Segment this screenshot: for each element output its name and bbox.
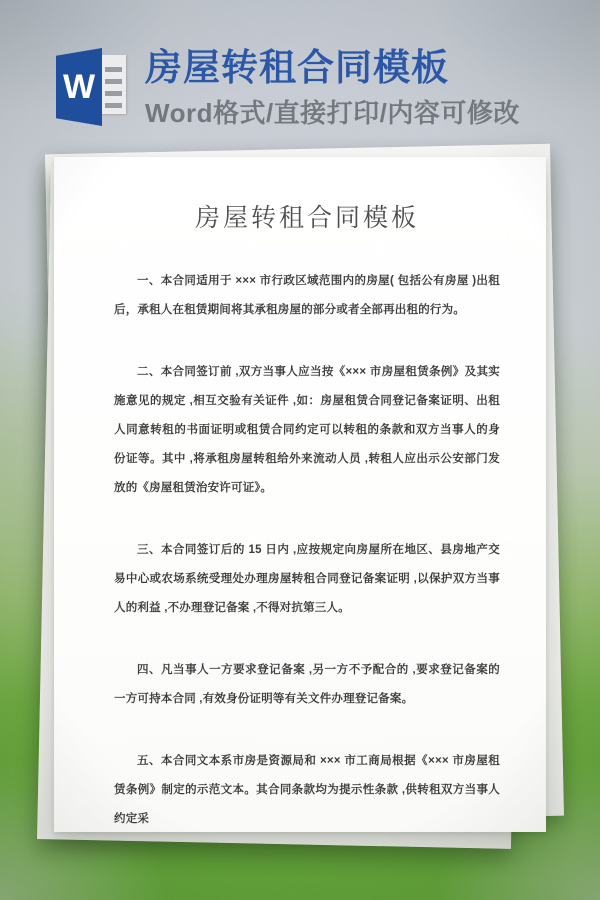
contract-document-page: 房屋转租合同模板 一、本合同适用于 ××× 市行政区域范围内的房屋( 包括公有房… [54,157,546,832]
contract-clause-3: 三、本合同签订后的 15 日内 ,应按规定向房屋所在地区、县房地产交易中心或农场… [114,536,500,623]
contract-clause-2: 二、本合同签订前 ,双方当事人应当按《××× 市房屋租赁条例》及其实施意见的规定… [114,358,500,503]
word-icon: W [56,46,128,128]
word-icon-text-line [105,91,122,96]
promo-header: W 房屋转租合同模板 Word格式/直接打印/内容可修改 [56,46,520,130]
promo-subtitle: Word格式/直接打印/内容可修改 [145,93,520,130]
word-icon-page [101,55,126,114]
word-icon-text-line [105,67,122,72]
word-icon-letter: W [63,70,95,104]
document-title: 房屋转租合同模板 [114,203,500,233]
header-text-block: 房屋转租合同模板 Word格式/直接打印/内容可修改 [145,46,520,130]
contract-clause-5: 五、本合同文本系市房是资源局和 ××× 市工商局根据《××× 市房屋租赁条例》制… [114,747,500,834]
word-icon-panel: W [56,48,102,126]
contract-clause-4: 四、凡当事人一方要求登记备案 ,另一方不予配合的 ,要求登记备案的一方可持本合同… [114,656,500,714]
contract-clause-1: 一、本合同适用于 ××× 市行政区域范围内的房屋( 包括公有房屋 )出租后，承租… [114,267,500,325]
word-icon-text-line [105,103,122,108]
promo-title: 房屋转租合同模板 [145,49,520,86]
word-icon-text-line [105,79,122,84]
